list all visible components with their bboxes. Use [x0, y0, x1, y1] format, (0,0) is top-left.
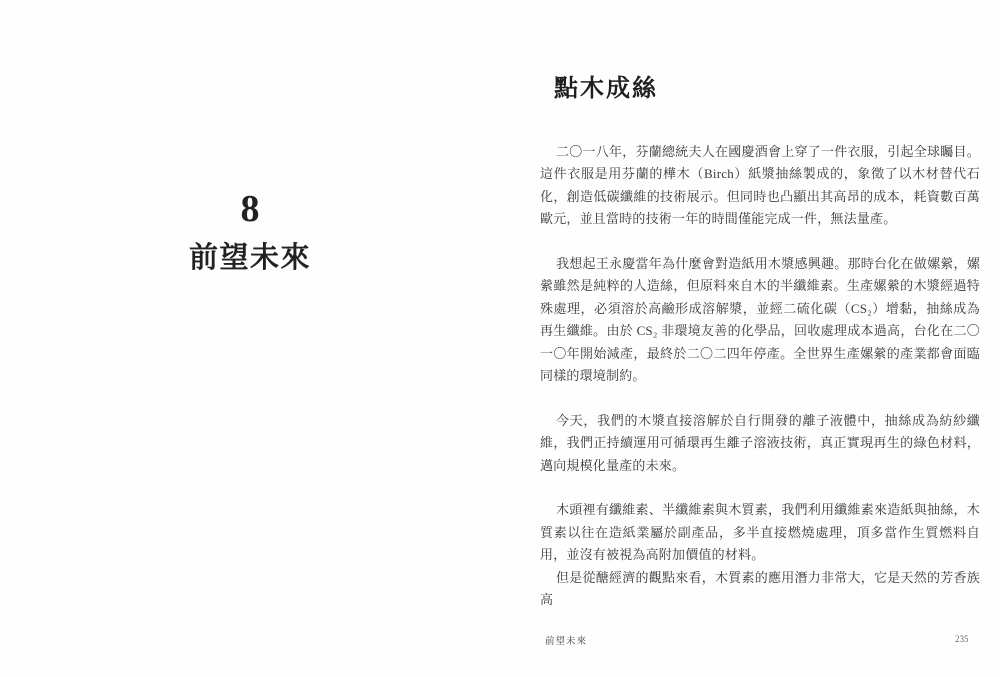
body-paragraph: 木頭裡有纖維素、半纖維素與木質素，我們利用纖維素來造紙與抽絲，木質素以往在造紙業… [540, 499, 980, 566]
body-text-column: 二〇一八年，芬蘭總統夫人在國慶酒會上穿了一件衣服，引起全球矚目。這件衣服是用芬蘭… [540, 141, 980, 611]
body-paragraph: 但是從醣經濟的觀點來看，木質素的應用潛力非常大，它是天然的芳香族高 [540, 567, 980, 612]
footer-running-title: 前望未來 [545, 633, 587, 647]
left-page: 8 前望未來 [0, 0, 500, 677]
chapter-number: 8 [0, 190, 500, 228]
body-paragraph: 今天，我們的木漿直接溶解於自行開發的離子液體中，抽絲成為紡紗纖維，我們正持續運用… [540, 410, 980, 477]
book-spread: 8 前望未來 點木成絲 二〇一八年，芬蘭總統夫人在國慶酒會上穿了一件衣服，引起全… [0, 0, 1000, 677]
body-paragraph: 我想起王永慶當年為什麼會對造紙用木漿感興趣。那時台化在做嫘縈，嫘縈雖然是純粹的人… [540, 253, 980, 387]
body-paragraph: 二〇一八年，芬蘭總統夫人在國慶酒會上穿了一件衣服，引起全球矚目。這件衣服是用芬蘭… [540, 141, 980, 231]
chapter-title: 前望未來 [0, 243, 500, 273]
right-page: 點木成絲 二〇一八年，芬蘭總統夫人在國慶酒會上穿了一件衣服，引起全球矚目。這件衣… [500, 0, 1000, 677]
section-heading: 點木成絲 [554, 76, 658, 102]
footer-page-number: 235 [955, 634, 969, 644]
